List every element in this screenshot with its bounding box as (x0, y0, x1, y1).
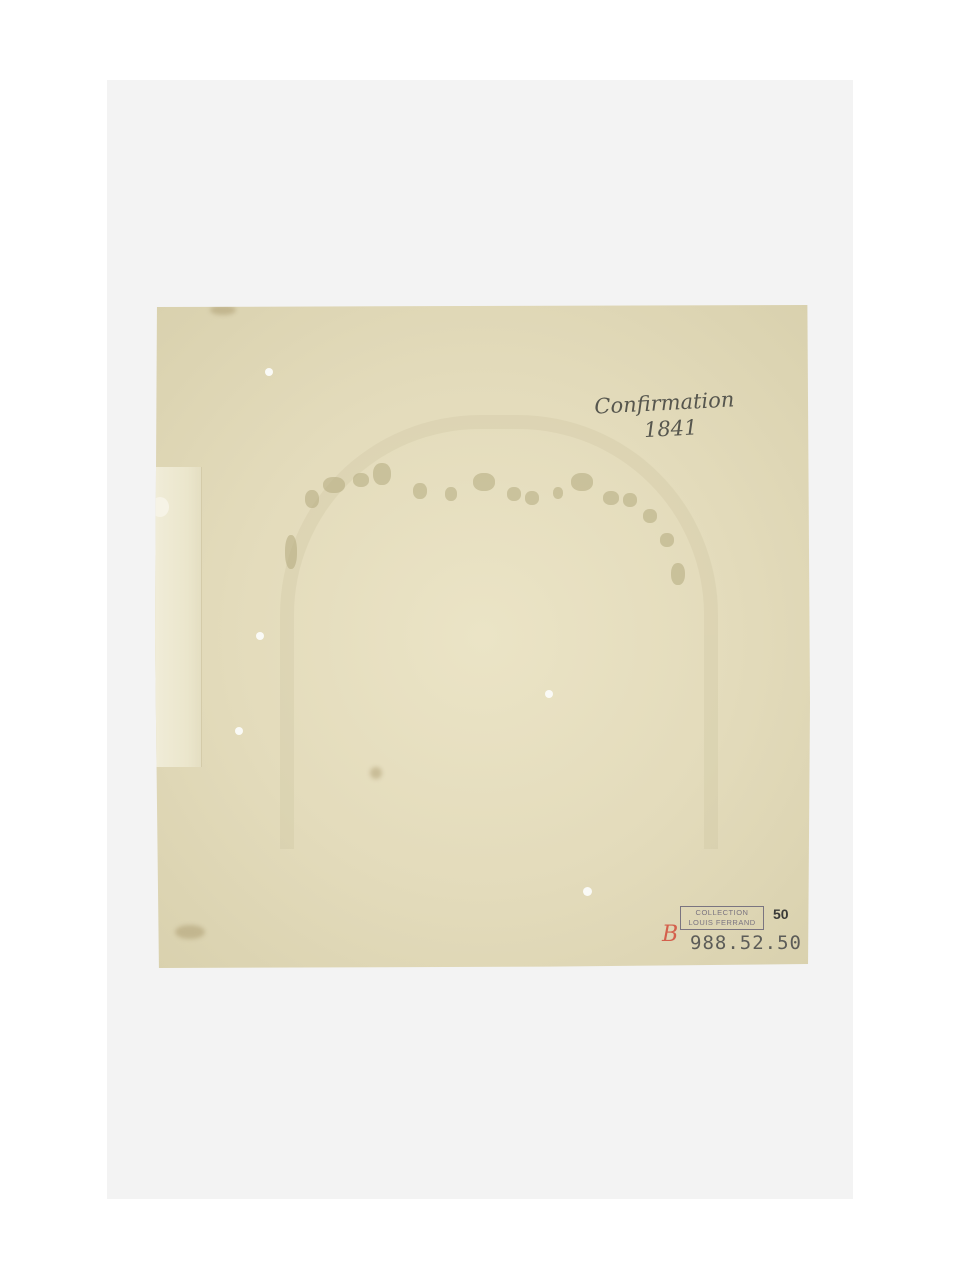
paper-hole (235, 727, 243, 735)
stain-dot (623, 493, 637, 507)
stain-dot (473, 473, 495, 491)
stain-dot (603, 491, 619, 505)
paper-sheet: Confirmation 1841 COLLECTION LOUIS FERRA… (155, 305, 810, 968)
show-through-frame (280, 415, 718, 849)
stain-dot (323, 477, 345, 493)
stain-dot (353, 473, 369, 487)
paper-hole (256, 632, 264, 640)
stain-dot (660, 533, 674, 547)
paper-hole (583, 887, 592, 896)
foxing-spot (175, 925, 205, 939)
stain-dot (571, 473, 593, 491)
stain-dot (643, 509, 657, 523)
stain-dot (413, 483, 427, 499)
collection-stamp: COLLECTION LOUIS FERRAND (680, 906, 764, 930)
stain-dot (285, 535, 297, 569)
paper-hole (265, 368, 273, 376)
stain-dot (507, 487, 521, 501)
stain-dot (525, 491, 539, 505)
red-letter-mark: B (662, 922, 678, 947)
stamp-line-1: COLLECTION (681, 908, 763, 918)
stamp-line-2: LOUIS FERRAND (681, 918, 763, 928)
stain-dot (445, 487, 457, 501)
foxing-spot (370, 767, 382, 779)
stamp-number: 50 (773, 906, 789, 922)
stain-dot (305, 490, 319, 508)
paper-hole (545, 690, 553, 698)
inventory-number: 988.52.50 (690, 932, 802, 954)
adhesive-tape-strip (155, 467, 202, 767)
handwritten-annotation: Confirmation 1841 (594, 386, 737, 445)
stain-dot (373, 463, 391, 485)
stain-dot (553, 487, 563, 499)
stain-dot (671, 563, 685, 585)
